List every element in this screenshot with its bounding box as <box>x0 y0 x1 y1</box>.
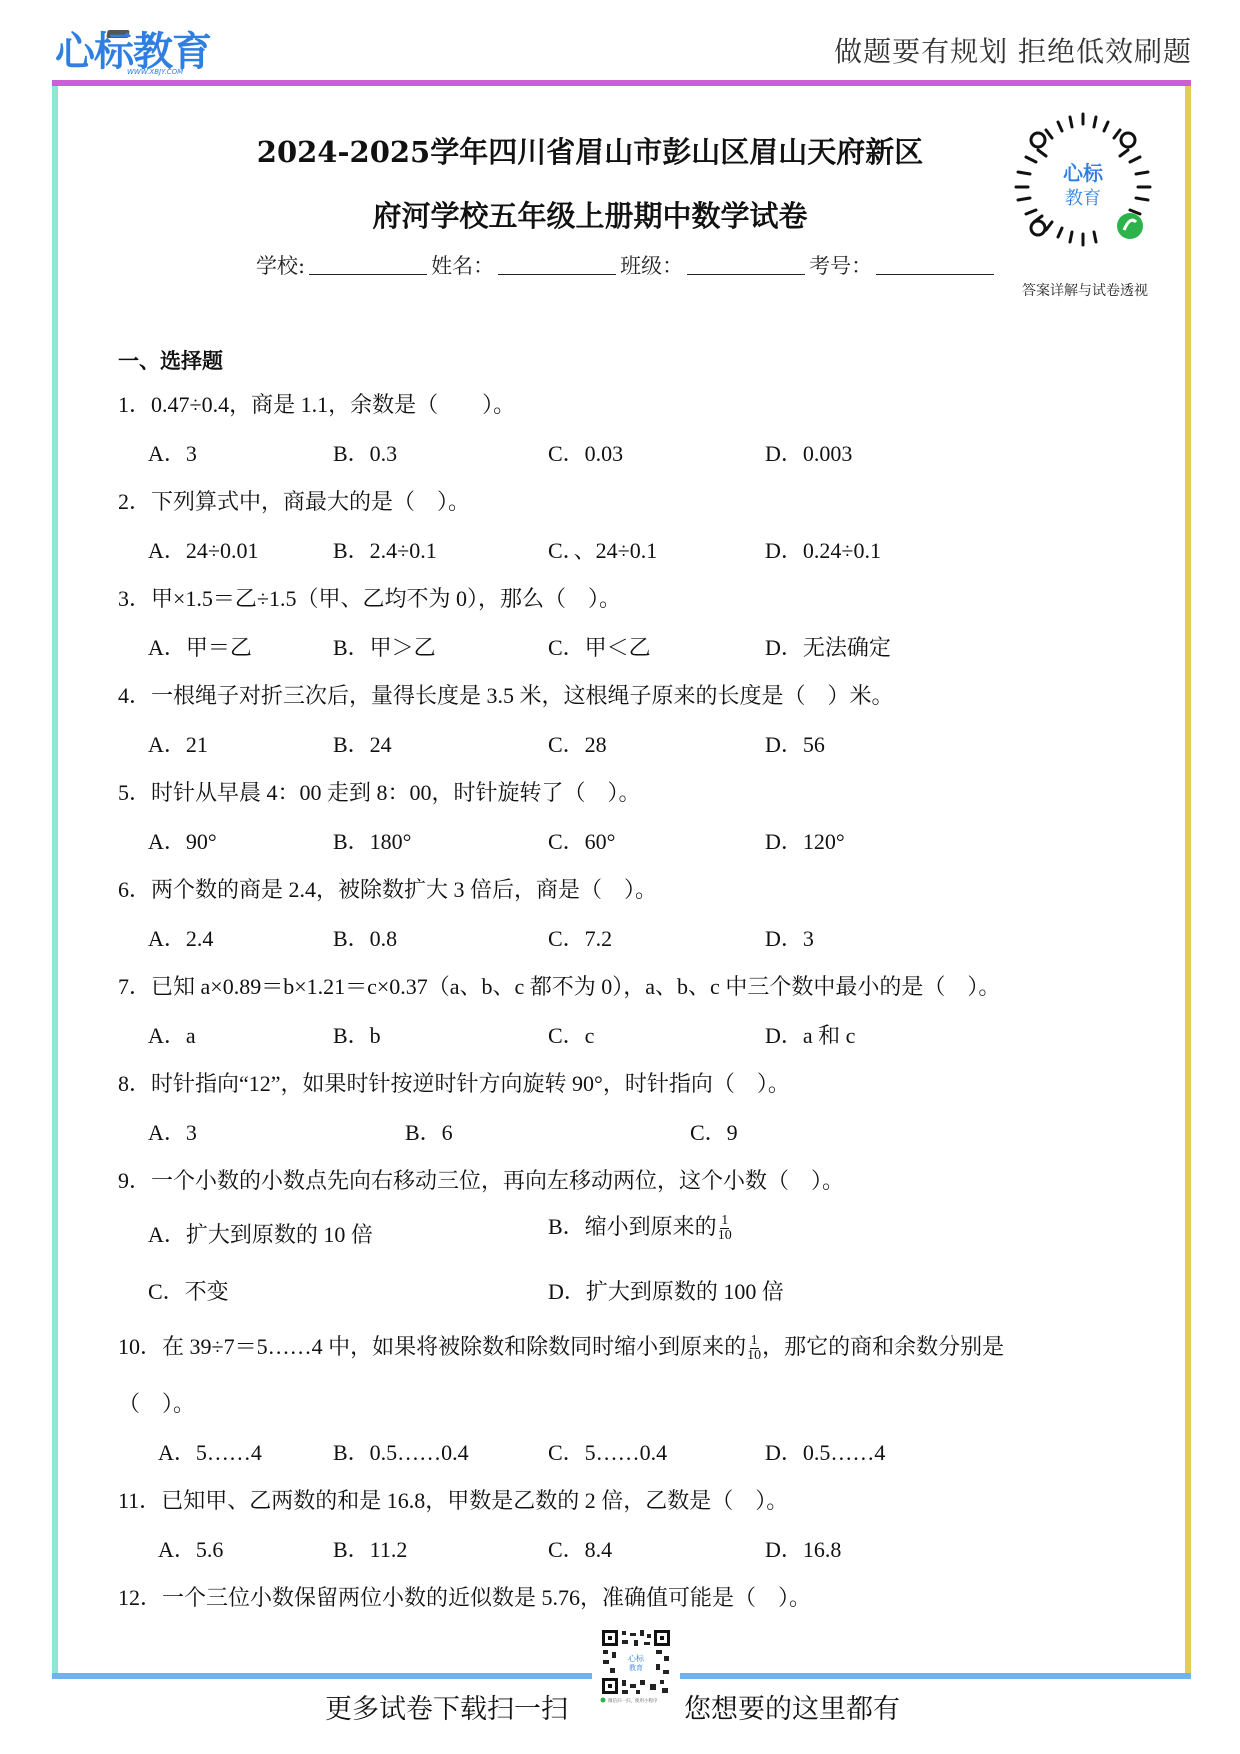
option-b[interactable]: B．甲＞乙 <box>333 631 436 662</box>
qr-caption: 答案详解与试卷透视 <box>1000 280 1170 300</box>
option-a[interactable]: A．3 <box>148 437 197 468</box>
student-info-line: 学校:姓名：班级：考号： <box>256 250 998 280</box>
option-d[interactable]: D．56 <box>765 728 825 759</box>
class-field[interactable] <box>687 254 805 275</box>
question-12: 12．一个三位小数保留两位小数的近似数是 5.76，准确值可能是（ ）。 <box>118 1581 811 1612</box>
footer-right-text: 您想要的这里都有 <box>684 1687 900 1726</box>
option-b[interactable]: B．b <box>333 1019 381 1050</box>
svg-text:教育: 教育 <box>629 1663 643 1672</box>
option-d[interactable]: D．a 和 c <box>765 1019 855 1050</box>
question-10-line2: （ ）。 <box>118 1387 195 1418</box>
school-field[interactable] <box>309 254 427 275</box>
option-c[interactable]: C．c <box>548 1019 594 1050</box>
option-b[interactable]: B．0.5……0.4 <box>333 1436 469 1467</box>
footer-left-text: 更多试卷下载扫一扫 <box>325 1687 568 1726</box>
bottom-border-line-right <box>680 1673 1191 1679</box>
option-a[interactable]: A．a <box>148 1019 196 1050</box>
question-3: 3．甲×1.5＝乙÷1.5（甲、乙均不为 0），那么（ ）。 <box>118 582 621 613</box>
top-border-line <box>52 80 1191 86</box>
download-qr-code[interactable]: 心标 教育 微信扫一扫，使用小程序 <box>600 1628 672 1704</box>
question-10: 10．在 39÷7＝5……4 中，如果将被除数和除数同时缩小到原来的110，那它… <box>118 1330 1004 1363</box>
option-c[interactable]: C．28 <box>548 728 607 759</box>
header-slogan: 做题要有规划 拒绝低效刷题 <box>834 30 1192 70</box>
question-11: 11．已知甲、乙两数的和是 16.8，甲数是乙数的 2 倍，乙数是（ ）。 <box>118 1484 788 1515</box>
question-4: 4．一根绳子对折三次后，量得长度是 3.5 米，这根绳子原来的长度是（ ）米。 <box>118 679 894 710</box>
option-d[interactable]: D．0.24÷0.1 <box>765 534 881 565</box>
option-c[interactable]: C．0.03 <box>548 437 623 468</box>
option-c[interactable]: C．、24÷0.1 <box>548 534 657 565</box>
option-d[interactable]: D．无法确定 <box>765 631 891 662</box>
question-6: 6．两个数的商是 2.4，被除数扩大 3 倍后，商是（ ）。 <box>118 873 657 904</box>
option-c[interactable]: C．不变 <box>148 1275 229 1306</box>
option-c[interactable]: C．甲＜乙 <box>548 631 651 662</box>
qr-code-icon: 心标 教育 微信扫一扫，使用小程序 <box>600 1628 672 1704</box>
option-a[interactable]: A．5……4 <box>158 1436 262 1467</box>
school-label: 学校: <box>256 254 305 278</box>
option-a[interactable]: A．2.4 <box>148 922 213 953</box>
option-d[interactable]: D．16.8 <box>765 1533 841 1564</box>
option-a[interactable]: A．5.6 <box>158 1533 223 1564</box>
svg-text:教育: 教育 <box>1065 188 1101 209</box>
option-d[interactable]: D．0.003 <box>765 437 852 468</box>
option-c[interactable]: C．60° <box>548 825 615 856</box>
question-2: 2．下列算式中，商最大的是（ ）。 <box>118 485 470 516</box>
option-a[interactable]: A．90° <box>148 825 217 856</box>
svg-text:微信扫一扫，使用小程序: 微信扫一扫，使用小程序 <box>608 1697 658 1704</box>
class-label: 班级： <box>620 254 683 278</box>
name-label: 姓名： <box>431 254 494 278</box>
bottom-border-line-left <box>52 1673 592 1679</box>
option-a[interactable]: A．甲＝乙 <box>148 631 252 662</box>
option-c[interactable]: C．5……0.4 <box>548 1436 667 1467</box>
svg-text:心标: 心标 <box>628 1653 645 1663</box>
fraction: 110 <box>747 1334 761 1363</box>
id-label: 考号： <box>809 254 872 278</box>
option-b[interactable]: B．缩小到原来的110 <box>548 1210 733 1243</box>
option-c[interactable]: C．8.4 <box>548 1533 612 1564</box>
svg-text:心标: 心标 <box>1063 161 1104 185</box>
option-a[interactable]: A．21 <box>148 728 208 759</box>
option-c[interactable]: C．7.2 <box>548 922 612 953</box>
option-c[interactable]: C．9 <box>690 1116 738 1147</box>
option-b[interactable]: B．0.3 <box>333 437 397 468</box>
option-b[interactable]: B．24 <box>333 728 392 759</box>
mini-program-qr-code[interactable]: 心标 教育 <box>1008 112 1158 257</box>
qr-code-icon: 心标 教育 <box>1008 112 1158 257</box>
question-7: 7．已知 a×0.89＝b×1.21＝c×0.37（a、b、c 都不为 0），a… <box>118 970 1000 1001</box>
name-field[interactable] <box>498 254 616 275</box>
option-b[interactable]: B．0.8 <box>333 922 397 953</box>
question-5: 5．时针从早晨 4：00 走到 8：00，时针旋转了（ ）。 <box>118 776 641 807</box>
option-d[interactable]: D．120° <box>765 825 845 856</box>
section-title: 一、选择题 <box>118 345 223 375</box>
option-b[interactable]: B．2.4÷0.1 <box>333 534 437 565</box>
option-a[interactable]: A．扩大到原数的 10 倍 <box>148 1218 373 1249</box>
option-a[interactable]: A．24÷0.01 <box>148 534 258 565</box>
id-field[interactable] <box>876 254 994 275</box>
option-b[interactable]: B．6 <box>405 1116 453 1147</box>
question-8: 8．时针指向“12”，如果时针按逆时针方向旋转 90°，时针指向（ ）。 <box>118 1067 790 1098</box>
option-a[interactable]: A．3 <box>148 1116 197 1147</box>
question-1: 1．0.47÷0.4，商是 1.1，余数是（ ）。 <box>118 388 515 419</box>
option-d[interactable]: D．0.5……4 <box>765 1436 885 1467</box>
option-d[interactable]: D．3 <box>765 922 814 953</box>
brand-logo: 心标教育 WWW.XBJY.COM <box>55 28 215 80</box>
right-border-line <box>1185 86 1191 1676</box>
option-b[interactable]: B．180° <box>333 825 411 856</box>
option-b[interactable]: B．11.2 <box>333 1533 407 1564</box>
left-border-line <box>52 86 58 1676</box>
question-9: 9．一个小数的小数点先向右移动三位，再向左移动两位，这个小数（ ）。 <box>118 1164 844 1195</box>
option-d[interactable]: D．扩大到原数的 100 倍 <box>548 1275 784 1306</box>
logo-url: WWW.XBJY.COM <box>127 68 183 76</box>
fraction: 110 <box>718 1214 732 1243</box>
